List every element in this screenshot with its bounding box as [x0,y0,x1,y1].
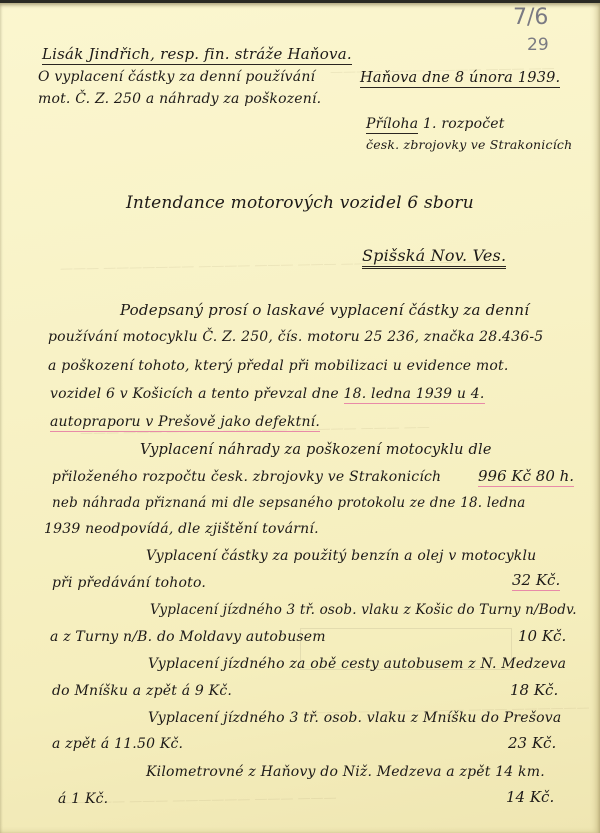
body-p6-line-1: Vyplacení jízdného 3 tř. osob. vlaku z M… [148,710,561,726]
body-p1-line-3: a poškození tohoto, který předal při mob… [48,358,509,374]
body-p1-line-4a: vozidel 6 v Košicích a tento převzal dne [50,386,339,402]
attachment-item: 1. rozpočet [423,116,505,132]
attachment-label: Příloha [366,116,418,134]
subject-line-1: O vyplacení částky za denní používání [38,69,315,85]
sender-name: Lisák Jindřich, resp. fin. stráže Haňova… [42,45,352,65]
body-p2-line-4: 1939 neodpovídá, dle zjištění tovární. [44,521,319,537]
body-p2-line-2: přiloženého rozpočtu česk. zbrojovky ve … [52,469,441,485]
body-p4-line-1: Vyplacení jízdného 3 tř. osob. vlaku z K… [150,602,577,618]
attachment-line-1: Příloha 1. rozpočet [366,116,505,132]
defect-note: autopraporu v Prešově jako defektní. [50,414,320,432]
body-p4-line-2: a z Turny n/B. do Moldavy autobusem [50,629,326,645]
place-date: Haňova dne 8 února 1939. [360,70,560,88]
archive-folio-mark: 7/6 [513,5,548,30]
amount-repair: 996 Kč 80 h. [478,467,574,485]
amount-bus: 18 Kč. [510,681,558,699]
document-page: ———— ——— ———— ——— —— ——— ——————— ———— ——… [0,3,600,833]
attachment-line-2: česk. zbrojovky ve Strakonicích [366,137,572,152]
body-p1-line-2: používání motocyklu Č. Z. 250, čís. moto… [48,329,543,345]
body-p2-line-3: neb náhrada přiznaná mi dle sepsaného pr… [52,495,525,511]
amount-train-1: 10 Kč. [518,627,566,645]
body-p6-line-2: a zpět á 11.50 Kč. [52,736,183,752]
amount-repair-value: 996 Kč 80 h. [478,467,574,487]
addressee-line-2: Spišská Nov. Ves. [362,246,506,265]
body-p1-line-1: Podepsaný prosí o laskavé vyplacení část… [120,301,529,319]
body-p7-line-2: á 1 Kč. [58,791,108,807]
body-p3-line-2: při předávání tohoto. [52,575,206,591]
place-date-line: Haňova dne 8 února 1939. [360,70,560,86]
body-p2-line-1: Vyplacení náhrady za poškození motocyklu… [140,442,492,458]
subject-line-2: mot. Č. Z. 250 a náhrady za poškození. [38,91,321,107]
handover-date: 18. ledna 1939 u 4. [344,386,485,404]
amount-train-2: 23 Kč. [508,734,556,752]
amount-mileage: 14 Kč. [506,788,554,806]
body-p5-line-2: do Mníšku a zpět á 9 Kč. [52,683,232,699]
body-p1-line-5: autopraporu v Prešově jako defektní. [50,414,320,430]
body-p1-line-4: vozidel 6 v Košicích a tento převzal dne… [50,386,485,402]
sender-line: Lisák Jindřich, resp. fin. stráže Haňova… [42,45,352,63]
body-p7-line-1: Kilometrovné z Haňovy do Niž. Medzeva a … [146,764,545,780]
amount-fuel-value: 32 Kč. [512,571,560,591]
addressee-city: Spišská Nov. Ves. [362,246,506,269]
body-p3-line-1: Vyplacení částky za použitý benzín a ole… [146,548,536,564]
body-p5-line-1: Vyplacení jízdného za obě cesty autobuse… [148,656,566,672]
amount-fuel: 32 Kč. [512,571,560,589]
archive-number-mark: 29 [527,35,549,55]
addressee-line-1: Intendance motorových vozidel 6 sboru [126,193,474,213]
